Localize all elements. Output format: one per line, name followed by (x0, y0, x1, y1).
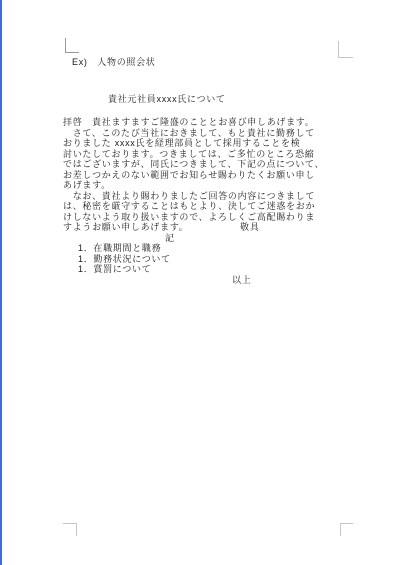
document-example-label: Ex) 人物の照会状 (72, 55, 156, 68)
end-mark: 以上 (63, 275, 363, 286)
letter-line: さて、このたび当社におきまして、もと貴社に勤務して (63, 128, 363, 139)
letter-line: 討いたしております。つきましては、ご多忙のところ恐縮 (63, 149, 363, 160)
list-item: 1．在職期間と職務 (63, 243, 363, 254)
closing-salutation: 敬具 (240, 222, 259, 233)
margin-corner-mark-bottom-right (340, 523, 353, 536)
margin-corner-mark-bottom-left (63, 523, 77, 536)
letter-line: けしないよう取り扱いますので、よろしくご高配賜わりま (63, 212, 363, 223)
letter-body: 拝啓 貴社ますますご隆盛のこととお喜び申しあげます。 さて、このたび当社におきま… (63, 117, 363, 285)
margin-corner-mark-top-right (338, 41, 353, 58)
letter-line: あげます。 (63, 180, 363, 191)
letter-line: なお、貴社より賜わりましたご回答の内容につきまして (63, 191, 363, 202)
record-heading: 記 (63, 233, 363, 244)
letter-line: おりました xxxx氏を経理部員として採用することを検 (63, 138, 363, 149)
closing-text: すようお願い申しあげます。 (63, 222, 188, 232)
closing-line: すようお願い申しあげます。 敬具 (63, 222, 363, 233)
letter-line: ではございますが、同氏につきまして、下記の点について、 (63, 159, 363, 170)
subject-line: 貴社元社員xxxx氏について (108, 92, 226, 105)
letter-line: は、秘密を厳守することはもとより、決してご迷惑をおか (63, 201, 363, 212)
letter-line: 拝啓 貴社ますますご隆盛のこととお喜び申しあげます。 (63, 117, 363, 128)
margin-corner-mark-top-left (65, 38, 79, 53)
list-item: 1．勤務状況について (63, 254, 363, 265)
list-item: 1．賞罰について (63, 264, 363, 275)
letter-line: お差しつかえのない範囲でお知らせ賜わりたくお願い申し (63, 170, 363, 181)
window-left-edge (0, 0, 2, 565)
